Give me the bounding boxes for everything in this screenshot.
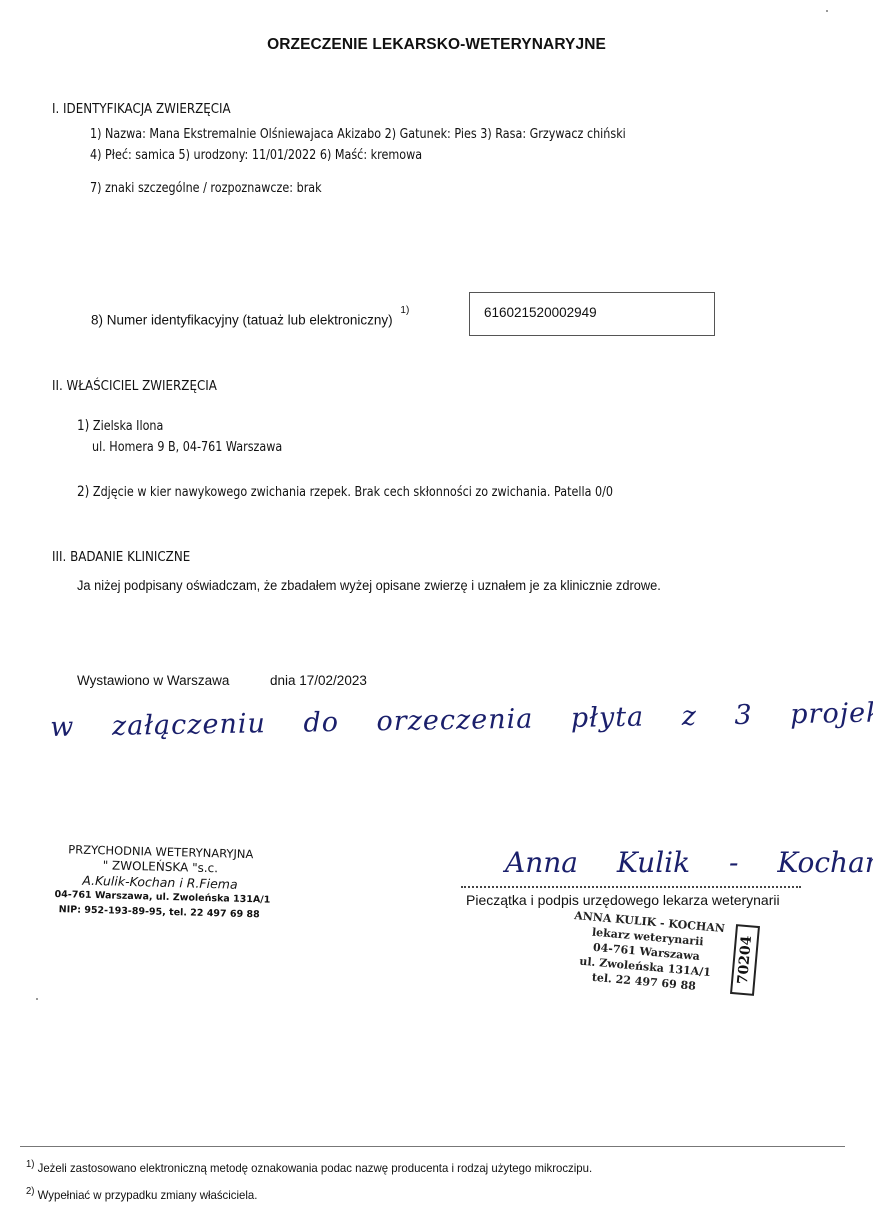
footnote-ref-1: 1) (400, 305, 409, 316)
vet-license-number: 70204 (735, 935, 755, 985)
signature-caption: Pieczątka i podpis urzędowego lekarza we… (466, 892, 780, 908)
footnote-2: 2) Wypełniać w przypadku zmiany właścici… (26, 1186, 257, 1202)
section-2-heading: II. WŁAŚCICIEL ZWIERZĘCIA (52, 378, 217, 394)
scan-speck (826, 10, 828, 12)
footnote-1: 1) Jeżeli zastosowano elektroniczną meto… (26, 1159, 592, 1175)
scan-speck (36, 998, 38, 1000)
handwritten-note: w załączeniu do orzeczenia płyta z 3 pro… (50, 696, 873, 743)
clinical-statement: Ja niżej podpisany oświadczam, że zbadał… (77, 578, 661, 593)
id-number-label-text: 8) Numer identyfikacyjny (tatuaż lub ele… (91, 313, 393, 328)
vet-license-box: 70204 (730, 924, 760, 996)
handwritten-signature: Anna Kulik - Kochan (505, 846, 873, 879)
footnote-1-ref: 1) (26, 1159, 34, 1170)
owner-note: Zdjęcie w kier nawykowego zwichania rzep… (93, 485, 613, 500)
animal-line-2: 4) Płeć: samica 5) urodzony: 11/01/2022 … (90, 148, 422, 163)
id-number-value: 616021520002949 (484, 305, 597, 320)
footnote-2-text: Wypełniać w przypadku zmiany właściciela… (38, 1188, 258, 1202)
owner-name-row: 1) Zielska Ilona (77, 418, 163, 434)
owner-name: Zielska Ilona (93, 419, 163, 434)
clinic-stamp: PRZYCHODNIA WETERYNARYJNA " ZWOLEŃSKA "s… (54, 842, 266, 922)
issued-date: dnia 17/02/2023 (270, 673, 367, 688)
id-number-label: 8) Numer identyfikacyjny (tatuaż lub ele… (91, 311, 409, 328)
section-1-heading: I. IDENTYFIKACJA ZWIERZĘCIA (52, 101, 231, 117)
id-number-box: 616021520002949 (469, 292, 715, 336)
note-ref: 2) (77, 484, 89, 500)
owner-address: ul. Homera 9 B, 04-761 Warszawa (92, 440, 282, 455)
signature-line (461, 886, 801, 888)
owner-note-row: 2) Zdjęcie w kier nawykowego zwichania r… (77, 484, 613, 500)
animal-line-3: 7) znaki szczególne / rozpoznawcze: brak (90, 181, 322, 196)
footnote-divider (20, 1146, 845, 1147)
vet-stamp: ANNA KULIK - KOCHAN lekarz weterynarii 0… (568, 908, 724, 996)
footnote-2-ref: 2) (26, 1186, 34, 1197)
issued-place: Wystawiono w Warszawa (77, 673, 229, 688)
animal-line-1: 1) Nazwa: Mana Ekstremalnie Olśniewajaca… (90, 127, 626, 142)
footnote-1-text: Jeżeli zastosowano elektroniczną metodę … (38, 1161, 592, 1175)
section-3-heading: III. BADANIE KLINICZNE (52, 549, 190, 565)
document-title: ORZECZENIE LEKARSKO-WETERYNARYJNE (0, 36, 873, 54)
owner-ref: 1) (77, 418, 89, 434)
